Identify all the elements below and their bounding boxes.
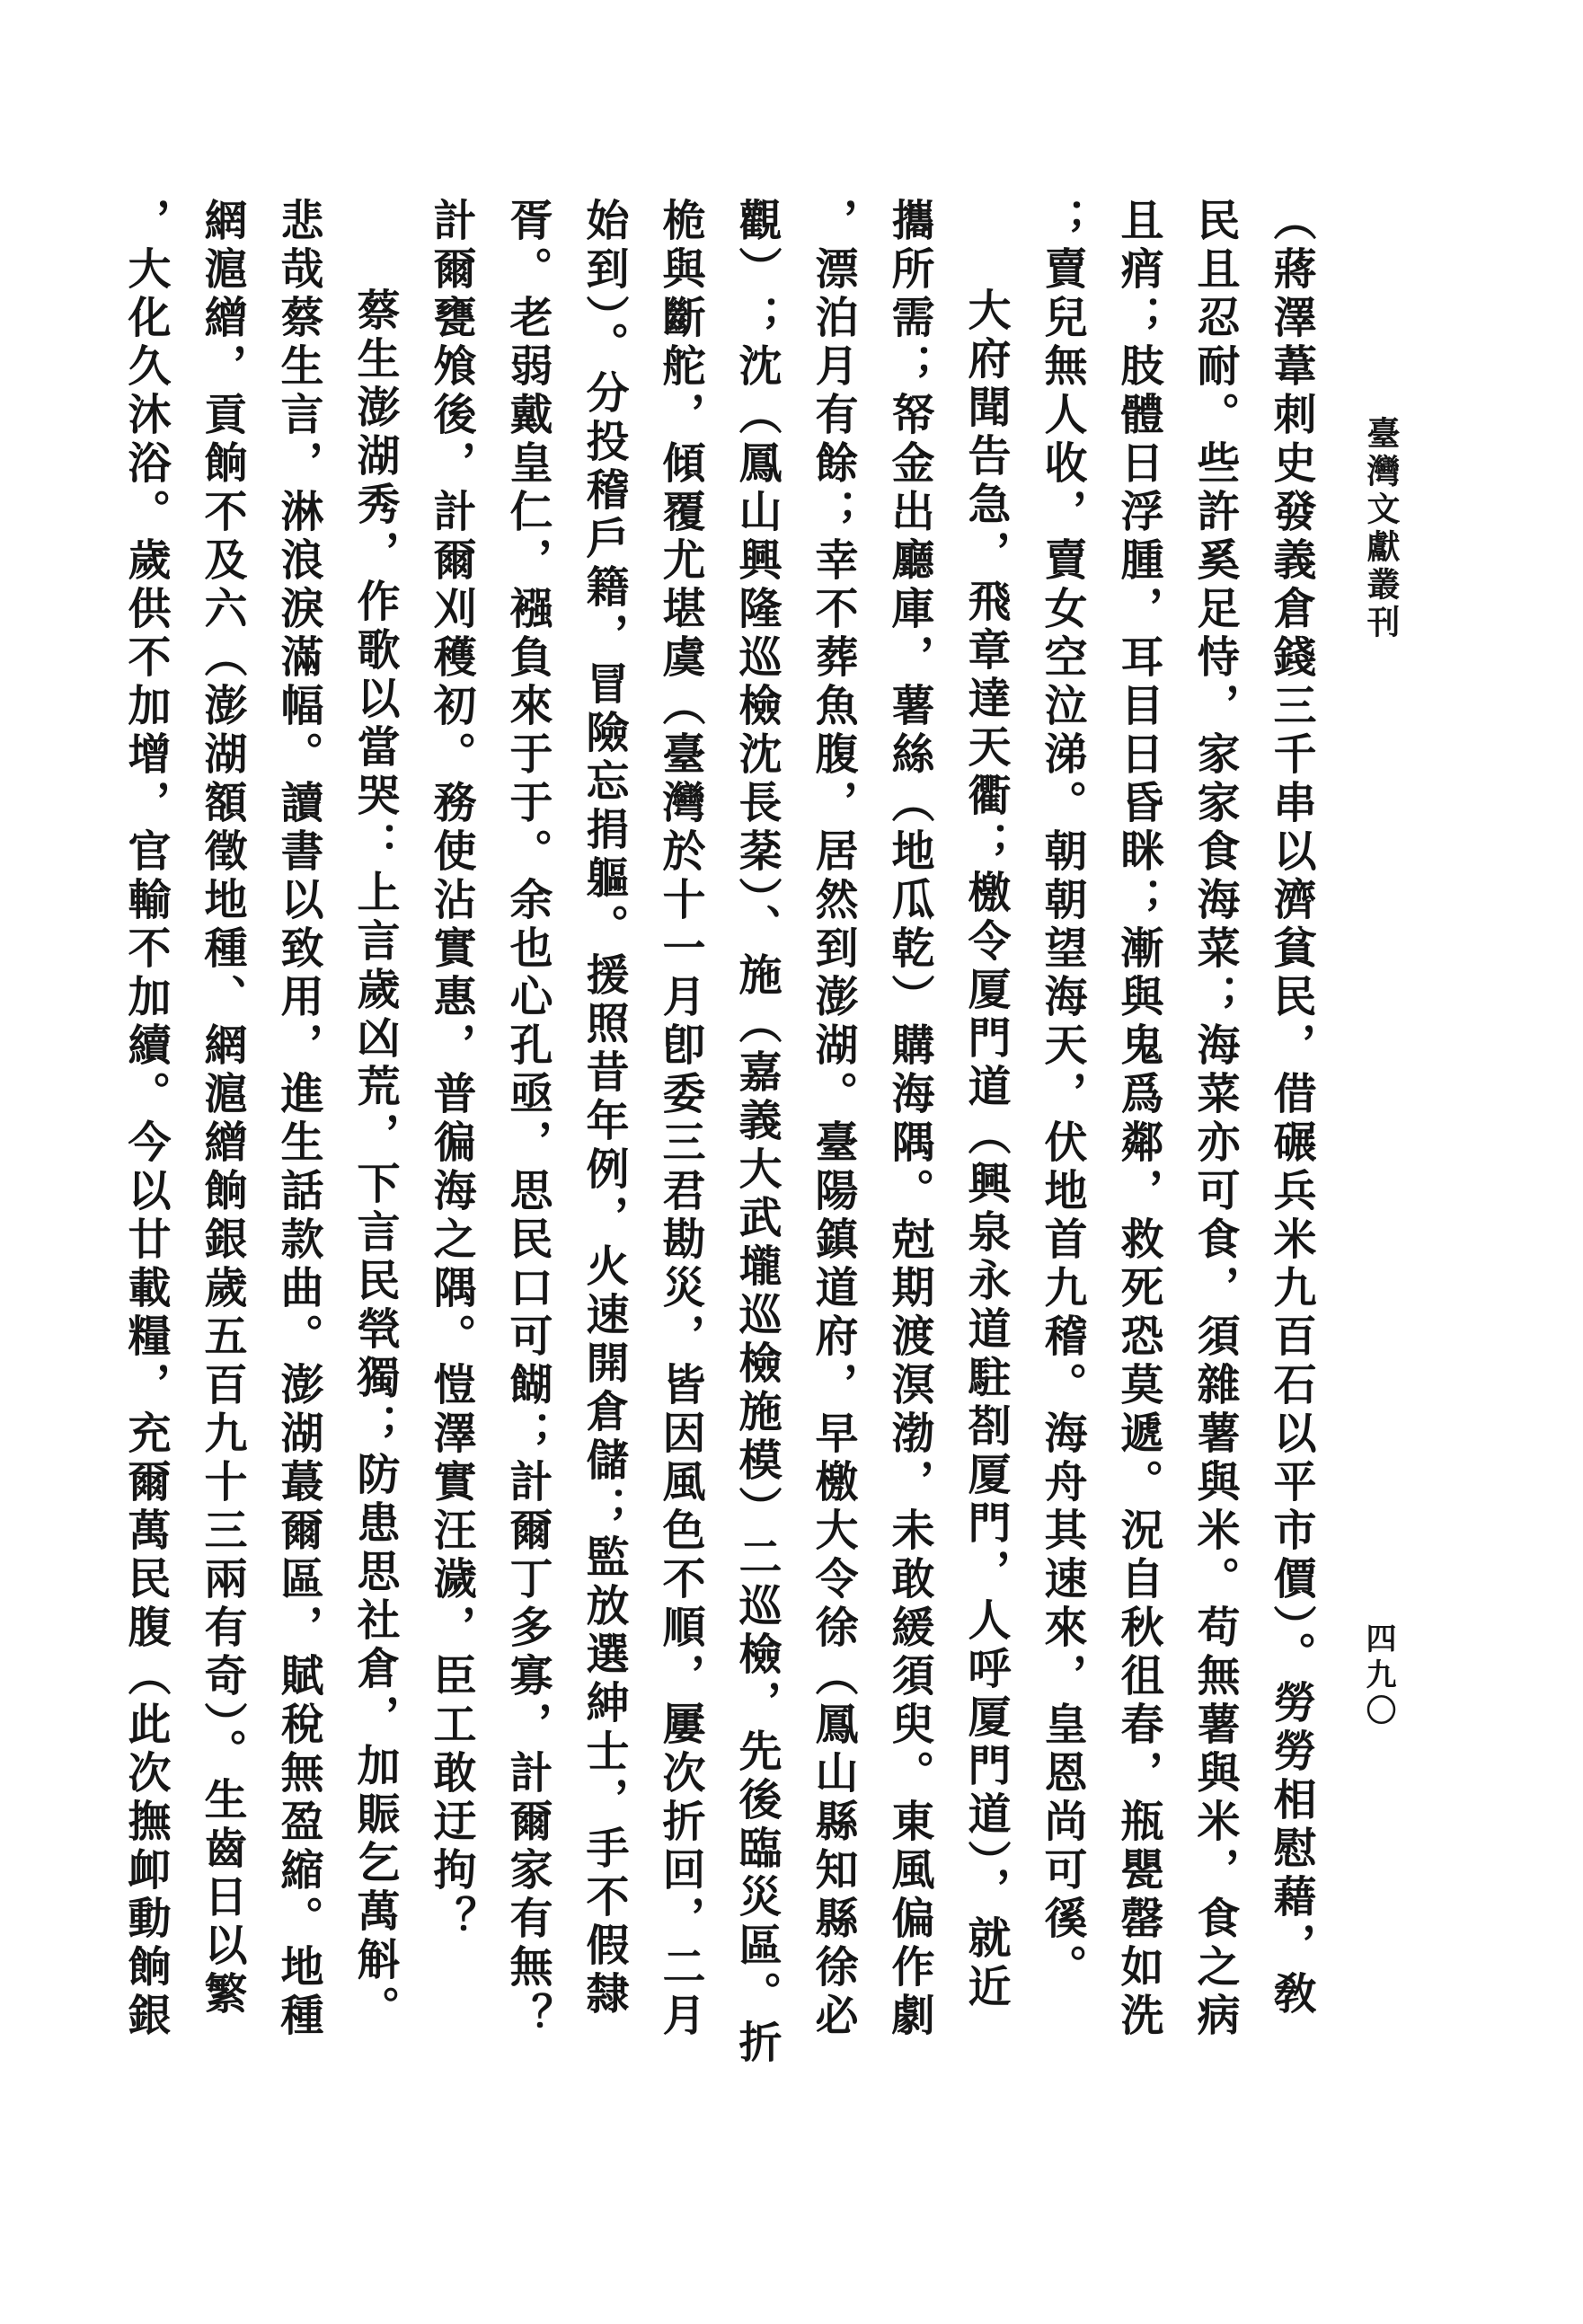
text-column: ；賣兒無人收，賣女空泣涕。朝朝望海天，伏地首九稽。海舟其速來，皇恩尚可徯。 <box>1035 198 1087 2120</box>
text-column: 始到）。分投稽戶籍，冒險忘捐軀。援照昔年例，火速開倉儲；監放選紳士，手不假隸 <box>577 198 629 2120</box>
text-column: ，大化久沐浴。歲供不加增，官輸不加續。今以廿載糧，充爾萬民腹（此次撫卹動餉銀 <box>119 198 171 2120</box>
text-column: ，漂泊月有餘；幸不葬魚腹，居然到澎湖。臺陽鎮道府，早檄大令徐（鳳山縣知縣徐必 <box>806 198 858 2120</box>
series-title: 臺灣文獻叢刊 <box>1357 416 1402 642</box>
page-number: 四九〇 <box>1357 1622 1398 1730</box>
text-column: 且痟；肢體日浮腫，耳目日昏眯；漸與鬼爲鄰，救死恐莫遞。況自秋徂春，瓶甖罄如洗 <box>1111 198 1163 2120</box>
text-column: 桅與斷舵，傾覆尤堪虞（臺灣於十一月卽委三君勘災，皆因風色不順，屢次折回，二月 <box>653 198 705 2120</box>
text-column: 蔡生澎湖秀，作歌以當哭：上言歲凶荒，下言民煢獨；防患思社倉，加賑乞萬斛。 <box>348 198 400 2120</box>
text-column: 觀）；沈（鳳山興隆巡檢沈長棻）、施（嘉義大武壠巡檢施模）二巡檢，先後臨災區。折 <box>730 198 782 2120</box>
text-column: 民且忍耐。些許奚足恃，家家食海菜；海菜亦可食，須雜薯與米。苟無薯與米，食之病 <box>1188 198 1240 2120</box>
text-column: 胥。老弱戴皇仁，襁負來于于。余也心孔亟，思民口可餬；計爾丁多寡，計爾家有無？ <box>500 198 553 2120</box>
text-column: 網滬繒，貢餉不及六（澎湖額徵地種、網滬繒餉銀歲五百九十三兩有奇）。生齒日以繁 <box>195 198 247 2120</box>
text-column: 大府聞告急，飛章達天衢；檄令厦門道（興泉永道駐剳厦門，人呼厦門道），就近 <box>959 198 1011 2120</box>
text-column: 計爾甕飧後，計爾刈穫初。務使沾實惠，普徧海之隅。愷澤實汪濊，臣工敢迂拘？ <box>424 198 476 2120</box>
book-page: 臺灣文獻叢刊 四九〇 （蔣澤葦刺史發義倉錢三千串以濟貧民，借碾兵米九百石以平市價… <box>0 0 1583 2324</box>
text-column: 悲哉蔡生言，淋浪淚滿幅。讀書以致用，進生話款曲。澎湖蕞爾區，賦稅無盈縮。地種 <box>271 198 323 2120</box>
text-column: （蔣澤葦刺史發義倉錢三千串以濟貧民，借碾兵米九百石以平市價）。勞勞相慰藉，敎 <box>1264 198 1316 2120</box>
text-block: （蔣澤葦刺史發義倉錢三千串以濟貧民，借碾兵米九百石以平市價）。勞勞相慰藉，敎民且… <box>94 198 1316 2120</box>
text-column: 攜所需；帑金出廳庫，薯絲（地瓜乾）購海隅。尅期渡溟渤，未敢緩須臾。東風偏作劇 <box>882 198 934 2120</box>
